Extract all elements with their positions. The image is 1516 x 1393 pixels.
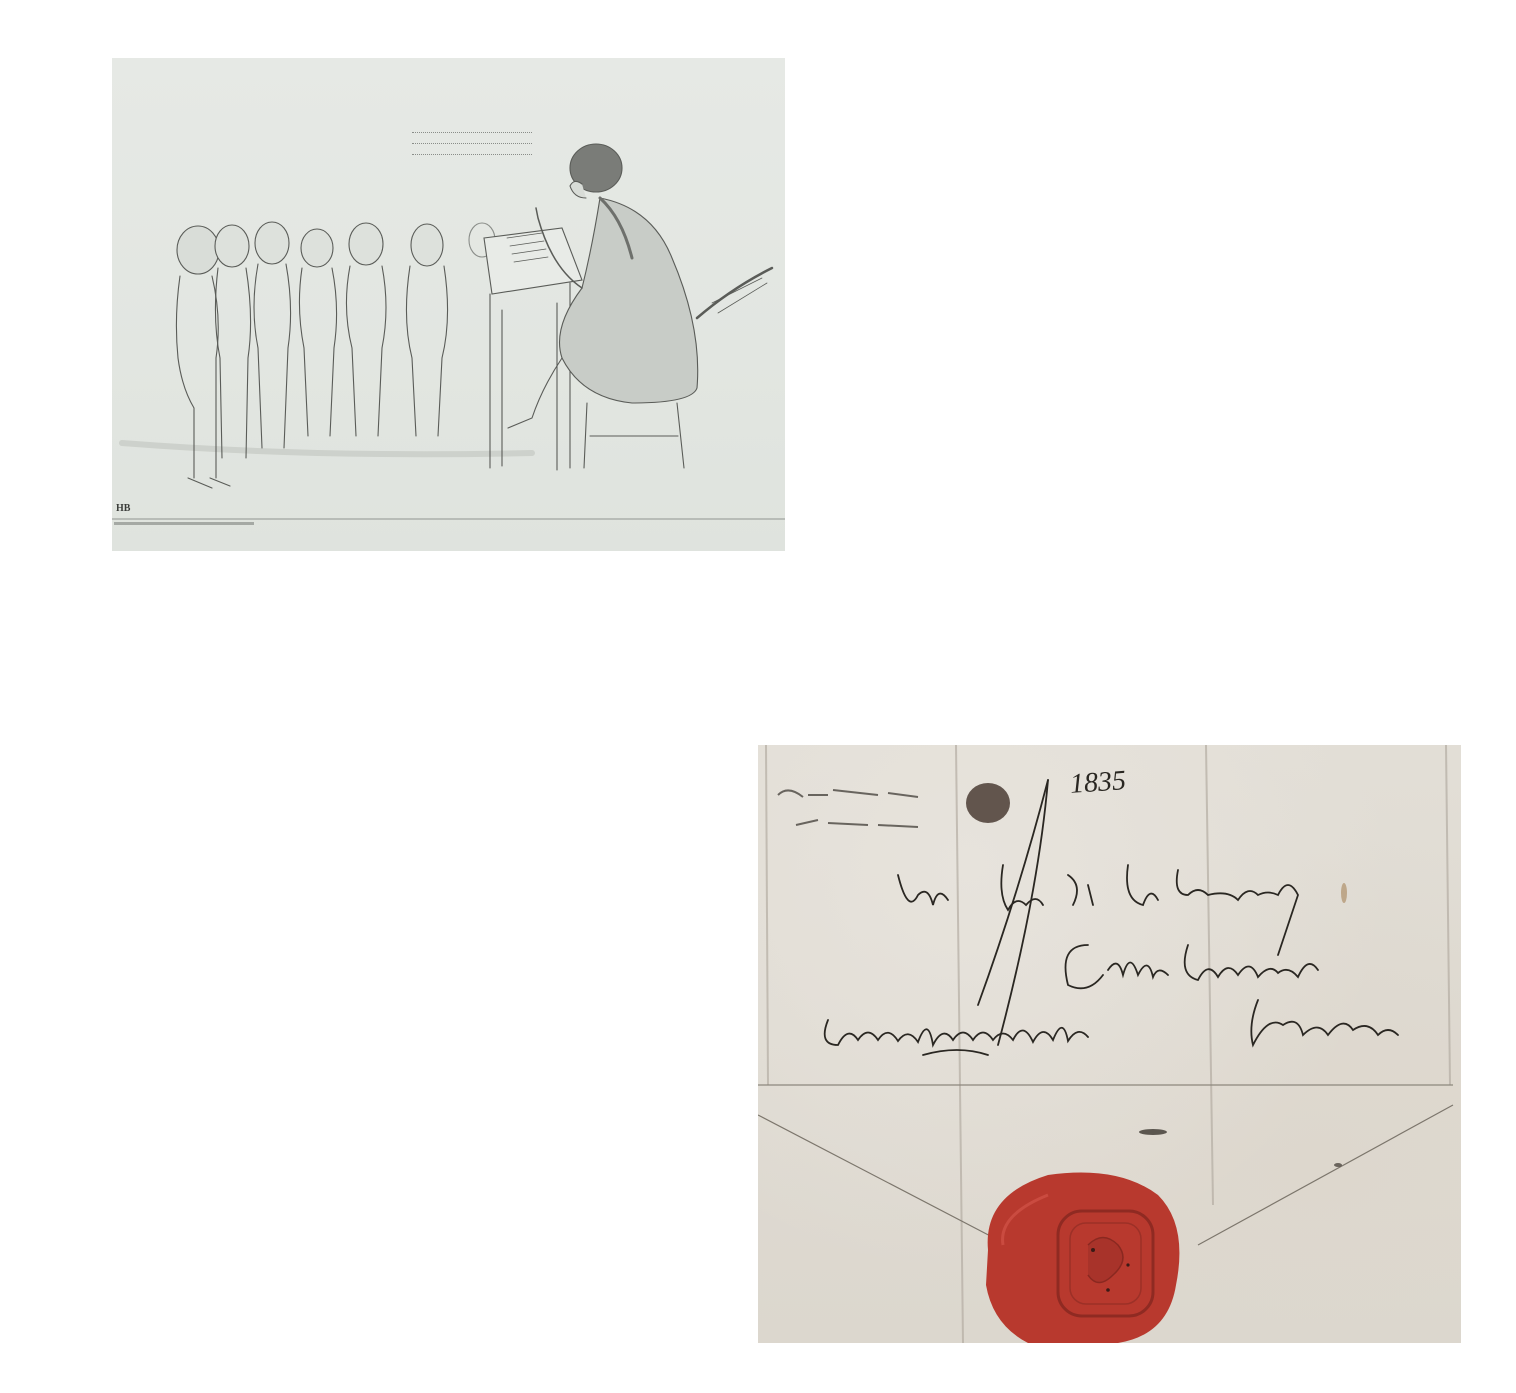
printer-imprint <box>114 521 254 526</box>
artist-monogram: HB <box>116 503 130 514</box>
letter-year-text: 1835 <box>1069 765 1127 801</box>
letter-cover-image: 1835 <box>758 745 1461 1343</box>
plate-border-line <box>112 518 785 520</box>
speech-bubble-text <box>412 124 532 155</box>
letter-drawing <box>758 745 1461 1343</box>
lithograph-image: HB <box>112 58 785 551</box>
